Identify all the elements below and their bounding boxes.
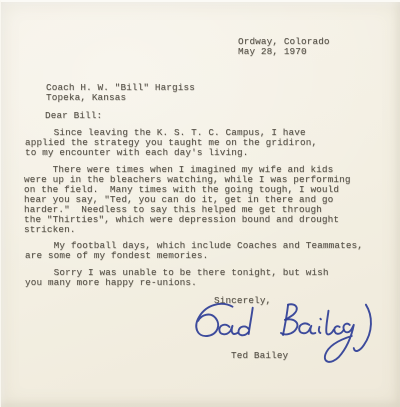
body-paragraph-4: Sorry I was unable to be there tonight, … (25, 268, 329, 288)
dateline: Ordway, Colorado May 28, 1970 (238, 37, 330, 57)
body-paragraph-2: There were times when I imagined my wife… (24, 165, 351, 235)
scanned-letter: Ordway, Colorado May 28, 1970 Coach H. W… (0, 0, 400, 407)
body-paragraph-3: My football days, which include Coaches … (25, 241, 363, 261)
recipient-address: Coach H. W. "Bill" Hargiss Topeka, Kansa… (46, 83, 195, 103)
handwritten-signature-ink (185, 299, 377, 373)
letter-paper: Ordway, Colorado May 28, 1970 Coach H. W… (0, 0, 400, 407)
typed-signature-name: Ted Bailey (231, 351, 288, 361)
salutation: Dear Bill: (45, 111, 102, 121)
body-paragraph-1: Since leaving the K. S. T. C. Campus, I … (25, 128, 317, 158)
